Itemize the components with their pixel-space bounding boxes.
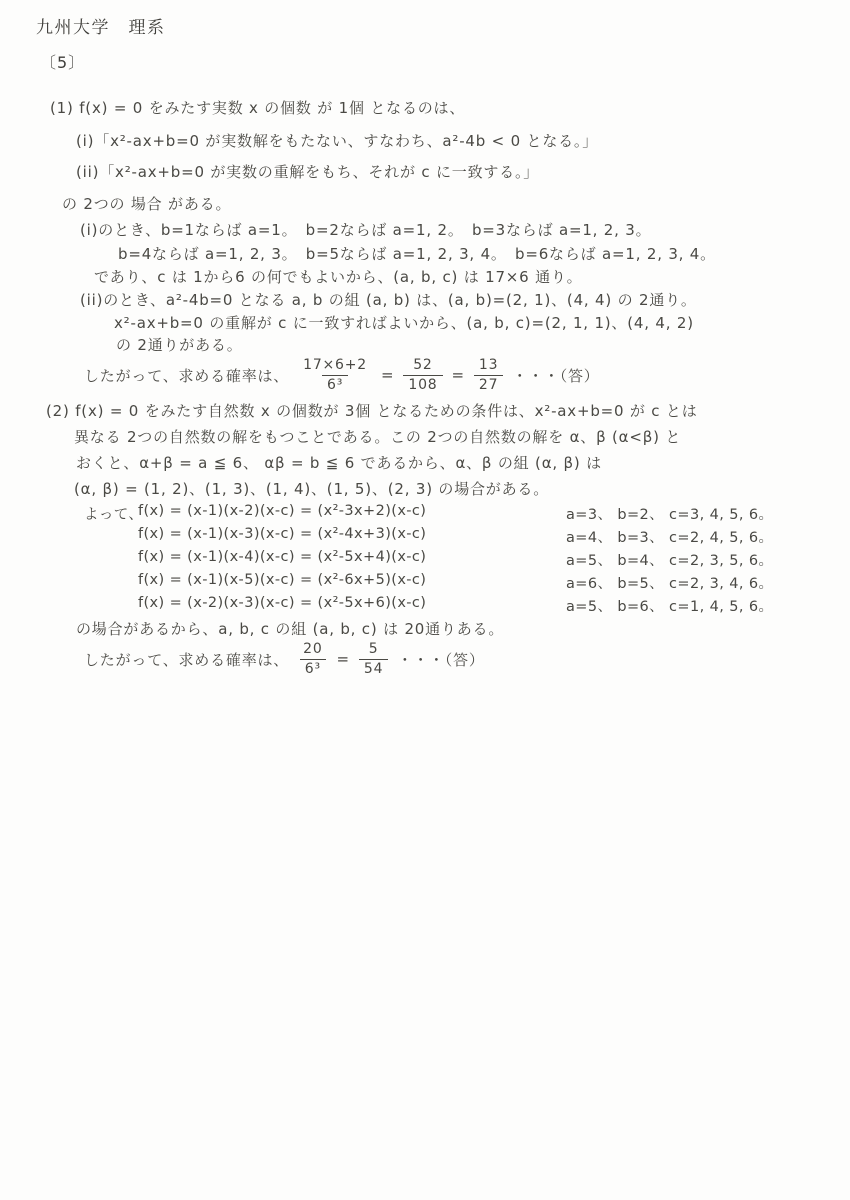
fraction-denominator: 27 <box>474 375 503 393</box>
part2-line1: (2) f(x) = 0 をみたす自然数 x の個数が 3個 となるための条件は… <box>46 400 698 421</box>
part2-conclusion: したがって、求める確率は、 20 6³ = 5 54 ・・・（答） <box>84 636 485 682</box>
equations-intro <box>84 595 138 616</box>
fraction-denominator: 54 <box>359 659 388 677</box>
fraction-numerator: 20 <box>298 641 327 658</box>
equation-params: a=6、 b=5、 c=2, 3, 4, 6。 <box>566 572 773 593</box>
equation-row: f(x) = (x-1)(x-3)(x-c) = (x²-4x+3)(x-c) … <box>84 526 773 547</box>
equations-intro <box>84 526 138 547</box>
fraction-denominator: 6³ <box>300 659 326 677</box>
fraction-denominator: 108 <box>403 375 442 393</box>
part2-line4: (α, β) = (1, 2)、(1, 3)、(1, 4)、(1, 5)、(2,… <box>74 478 549 499</box>
problem-number: 〔5〕 <box>40 50 85 73</box>
fraction: 52 108 <box>403 357 442 392</box>
equation-row: よって、 f(x) = (x-1)(x-2)(x-c) = (x²-3x+2)(… <box>84 503 773 524</box>
conclusion-prefix: したがって、求める確率は、 <box>84 365 289 386</box>
fraction: 13 27 <box>474 357 503 392</box>
equation-params: a=3、 b=2、 c=3, 4, 5, 6。 <box>566 503 773 524</box>
part1-case-i: (i)「x²-ax+b=0 が実数解をもたない、すなわち、a²-4b < 0 と… <box>76 130 598 151</box>
equation-row: f(x) = (x-1)(x-5)(x-c) = (x²-6x+5)(x-c) … <box>84 572 773 593</box>
part1-detail-ii-2: x²-ax+b=0 の重解が c に一致すればよいから、(a, b, c)=(2… <box>114 312 694 333</box>
conclusion-prefix: したがって、求める確率は、 <box>84 649 289 670</box>
fraction: 17×6+2 6³ <box>298 357 372 392</box>
equation-params: a=5、 b=6、 c=1, 4, 5, 6。 <box>566 595 773 616</box>
equals-sign: = <box>337 650 350 668</box>
fraction-numerator: 52 <box>408 357 437 374</box>
equation-text: f(x) = (x-2)(x-3)(x-c) = (x²-5x+6)(x-c) <box>138 595 566 616</box>
part2-line3: おくと、α+β = a ≦ 6、 αβ = b ≦ 6 であるから、α、β の組… <box>76 452 602 473</box>
part1-conclusion: したがって、求める確率は、 17×6+2 6³ = 52 108 = 13 27… <box>84 352 600 398</box>
answer-marker: ・・・（答） <box>512 365 599 386</box>
equation-text: f(x) = (x-1)(x-3)(x-c) = (x²-4x+3)(x-c) <box>138 526 566 547</box>
equation-text: f(x) = (x-1)(x-5)(x-c) = (x²-6x+5)(x-c) <box>138 572 566 593</box>
equations-intro <box>84 572 138 593</box>
equation-params: a=4、 b=3、 c=2, 4, 5, 6。 <box>566 526 773 547</box>
fraction-numerator: 17×6+2 <box>298 357 372 374</box>
equals-sign: = <box>381 366 394 384</box>
fraction-numerator: 13 <box>474 357 503 374</box>
part1-detail-i-3: であり、c は 1から6 の何でもよいから、(a, b, c) は 17×6 通… <box>94 266 582 287</box>
equations-intro <box>84 549 138 570</box>
fraction-denominator: 6³ <box>322 375 348 393</box>
equals-sign: = <box>452 366 465 384</box>
fraction: 20 6³ <box>298 641 327 676</box>
equation-row: f(x) = (x-2)(x-3)(x-c) = (x²-5x+6)(x-c) … <box>84 595 773 616</box>
equation-text: f(x) = (x-1)(x-4)(x-c) = (x²-5x+4)(x-c) <box>138 549 566 570</box>
equation-text: f(x) = (x-1)(x-2)(x-c) = (x²-3x+2)(x-c) <box>138 503 566 524</box>
page-title: 九州大学 理系 <box>36 13 166 38</box>
part1-detail-i-2: b=4ならば a=1, 2, 3。 b=5ならば a=1, 2, 3, 4。 b… <box>118 243 716 264</box>
equations-intro: よって、 <box>84 503 138 524</box>
fraction: 5 54 <box>359 641 388 676</box>
part1-detail-i-1: (i)のとき、b=1ならば a=1。 b=2ならば a=1, 2。 b=3ならば… <box>80 219 651 240</box>
part1-note: の 2つの 場合 がある。 <box>62 193 231 214</box>
scanned-solution-page: 九州大学 理系 〔5〕 (1) f(x) = 0 をみたす実数 x の個数 が … <box>0 0 850 1200</box>
part1-intro: (1) f(x) = 0 をみたす実数 x の個数 が 1個 となるのは、 <box>50 97 465 118</box>
fraction-numerator: 5 <box>364 641 384 658</box>
equation-params: a=5、 b=4、 c=2, 3, 5, 6。 <box>566 549 773 570</box>
part1-case-ii: (ii)「x²-ax+b=0 が実数の重解をもち、それが c に一致する。」 <box>76 161 539 182</box>
part1-detail-ii-1: (ii)のとき、a²-4b=0 となる a, b の組 (a, b) は、(a,… <box>80 289 697 310</box>
part2-line2: 異なる 2つの自然数の解をもつことである。この 2つの自然数の解を α、β (α… <box>74 426 681 447</box>
answer-marker: ・・・（答） <box>397 649 484 670</box>
equation-row: f(x) = (x-1)(x-4)(x-c) = (x²-5x+4)(x-c) … <box>84 549 773 570</box>
